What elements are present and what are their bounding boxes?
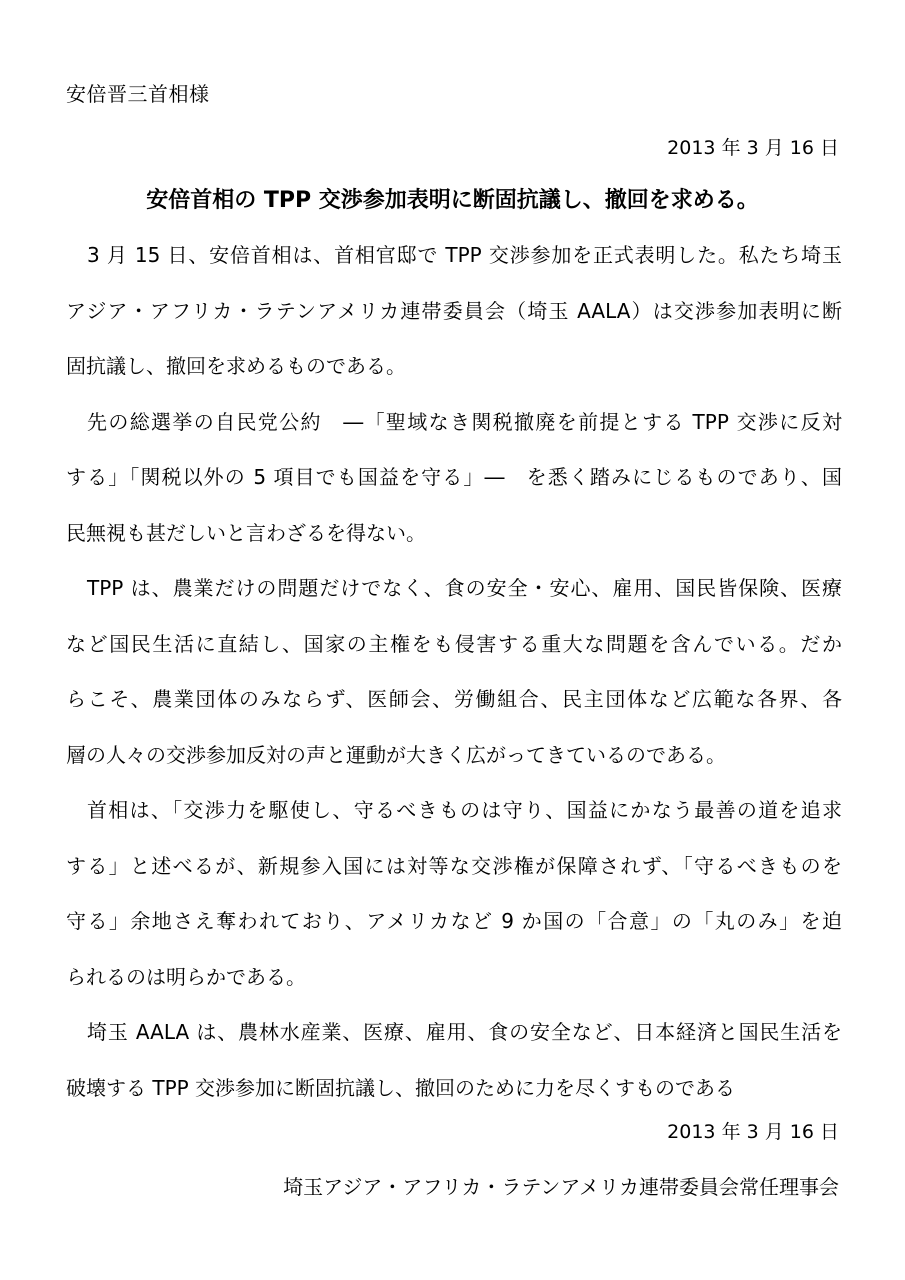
- signature-date: 2013 年 3 月 16 日: [667, 1118, 839, 1146]
- document-body: 3 月 15 日、安倍首相は、首相官邸で TPP 交渉参加を正式表明した。私たち…: [66, 240, 842, 1128]
- paragraph-3-line-3: らこそ、農業団体のみならず、医師会、労働組合、民主団体など広範な各界、各: [66, 684, 842, 740]
- paragraph-1-line-1: 3 月 15 日、安倍首相は、首相官邸で TPP 交渉参加を正式表明した。私たち…: [66, 240, 842, 296]
- paragraph-3-line-4: 層の人々の交渉参加反対の声と運動が大きく広がってきているのである。: [66, 740, 842, 796]
- paragraph-4-line-4: られるのは明らかである。: [66, 962, 842, 1018]
- paragraph-2-line-3: 民無視も甚だしいと言わざるを得ない。: [66, 518, 842, 574]
- paragraph-3-line-2: など国民生活に直結し、国家の主権をも侵害する重大な問題を含んでいる。だか: [66, 629, 842, 685]
- document-date: 2013 年 3 月 16 日: [667, 134, 839, 162]
- paragraph-2-line-1: 先の総選挙の自民党公約 ―「聖域なき関税撤廃を前提とする TPP 交渉に反対: [66, 407, 842, 463]
- paragraph-1-line-2: アジア・アフリカ・ラテンアメリカ連帯委員会（埼玉 AALA）は交渉参加表明に断: [66, 296, 842, 352]
- paragraph-3-line-1: TPP は、農業だけの問題だけでなく、食の安全・安心、雇用、国民皆保険、医療: [66, 573, 842, 629]
- paragraph-5-line-1: 埼玉 AALA は、農林水産業、医療、雇用、食の安全など、日本経済と国民生活を: [66, 1017, 842, 1073]
- paragraph-4-line-1: 首相は、「交渉力を駆使し、守るべきものは守り、国益にかなう最善の道を追求: [66, 795, 842, 851]
- paragraph-2-line-2: する」「関税以外の 5 項目でも国益を守る」― を悉く踏みにじるものであり、国: [66, 462, 842, 518]
- paragraph-4-line-2: する」と述べるが、新規参入国には対等な交渉権が保障されず、「守るべきものを: [66, 851, 842, 907]
- document-title: 安倍首相の TPP 交渉参加表明に断固抗議し、撤回を求める。: [0, 186, 905, 216]
- document-page: 安倍晋三首相様 2013 年 3 月 16 日 安倍首相の TPP 交渉参加表明…: [0, 0, 905, 1280]
- paragraph-1-line-3: 固抗議し、撤回を求めるものである。: [66, 351, 842, 407]
- paragraph-4-line-3: 守る」余地さえ奪われており、アメリカなど 9 か国の「合意」の「丸のみ」を迫: [66, 906, 842, 962]
- salutation: 安倍晋三首相様: [66, 80, 210, 108]
- signature-organization: 埼玉アジア・アフリカ・ラテンアメリカ連帯委員会常任理事会: [283, 1173, 839, 1201]
